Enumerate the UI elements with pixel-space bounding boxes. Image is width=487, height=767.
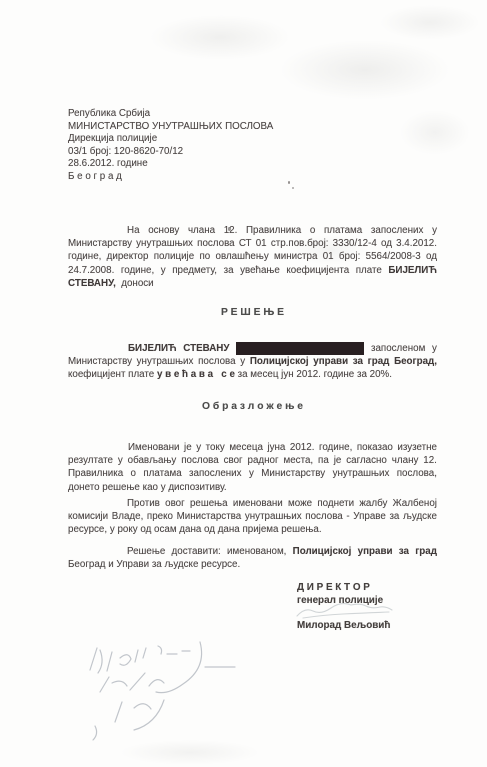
text-line: Београд и Управи за људске ресурсе. bbox=[68, 558, 437, 571]
text-line: ПравилникаоплатамазапосленихуМинистарств… bbox=[68, 467, 437, 480]
text-line: Наосновучлана12.Правилникаоплатамазапосл… bbox=[68, 224, 437, 237]
scan-smudge bbox=[380, 5, 480, 40]
text-line: Противовогрешењаименованиможеподнетижалб… bbox=[68, 497, 437, 510]
text-line: резултатеуобављањупословасвоградногместа… bbox=[68, 454, 437, 467]
text-line: Република Србија bbox=[68, 108, 273, 121]
text-line: Именованијеутокумесецајуна2012.године,по… bbox=[68, 441, 437, 454]
scan-smudge bbox=[150, 15, 290, 60]
scan-speck bbox=[228, 227, 231, 231]
text-line: МинистарствуунутрашњихпословаСТ01стр.пов… bbox=[68, 237, 437, 250]
scanned-document-page: Република СрбијаМИНИСТАРСТВО УНУТРАШЊИХ … bbox=[0, 0, 487, 767]
dispositive-paragraph: БИЈЕЛИЋСТЕВАНУзапосленомуМинистарствууну… bbox=[68, 342, 437, 382]
scan-speck bbox=[288, 181, 290, 184]
text-line: СТЕВАНУ, доноси bbox=[68, 277, 437, 290]
intro-paragraph: Наосновучлана12.Правилникаоплатамазапосл… bbox=[68, 224, 437, 290]
text-line: ресурсе, у року од осам дана од дана при… bbox=[68, 523, 437, 536]
redaction-box bbox=[236, 342, 364, 355]
rationale-title: О б р а з л о ж е њ е bbox=[68, 401, 437, 412]
text-line: Б е о г р а д bbox=[68, 171, 273, 184]
text-line: 24.7.2008.године,упредмету,заувећањекоеф… bbox=[68, 264, 437, 277]
text-line: Дирекција полиције bbox=[68, 133, 273, 146]
delivery-paragraph: Решењедоставити:именованом,Полицијскојуп… bbox=[68, 545, 437, 571]
scan-smudge bbox=[280, 40, 450, 100]
text-line: БИЈЕЛИЋСТЕВАНУзапосленому bbox=[68, 342, 437, 355]
signature-block: Д И Р Е К Т О Р генерал полиције Милорад… bbox=[297, 581, 427, 632]
text-line: комисијиВладе,прекоМинистарстваунутрашњи… bbox=[68, 510, 437, 523]
ink-signature-scribble bbox=[293, 603, 397, 621]
rationale-paragraph-1: Именованијеутокумесецајуна2012.године,по… bbox=[68, 441, 437, 494]
text-line: МинистарствуунутрашњихпословауПолицијско… bbox=[68, 355, 437, 368]
rationale-paragraph-2: Противовогрешењаименованиможеподнетижалб… bbox=[68, 497, 437, 537]
handwritten-pencil-scribble bbox=[72, 638, 247, 748]
text-line: 28.6.2012. године bbox=[68, 158, 273, 171]
text-line: 03/1 број: 120-8620-70/12 bbox=[68, 146, 273, 159]
letterhead: Република СрбијаМИНИСТАРСТВО УНУТРАШЊИХ … bbox=[68, 108, 273, 183]
signer-role: Д И Р Е К Т О Р bbox=[297, 581, 427, 594]
text-line: године,директорполицијепоовлашћењуминист… bbox=[68, 250, 437, 263]
decision-title: Р Е Ш Е Њ Е bbox=[68, 307, 437, 318]
text-line: Решењедоставити:именованом,Полицијскојуп… bbox=[68, 545, 437, 558]
scan-speck bbox=[292, 187, 294, 189]
scan-smudge bbox=[400, 110, 470, 155]
text-line: коефицијент плате у в е ћ а в а с е за м… bbox=[68, 368, 437, 381]
text-line: донето решење као у диспозитиву. bbox=[68, 481, 437, 494]
text-line: МИНИСТАРСТВО УНУТРАШЊИХ ПОСЛОВА bbox=[68, 121, 273, 134]
